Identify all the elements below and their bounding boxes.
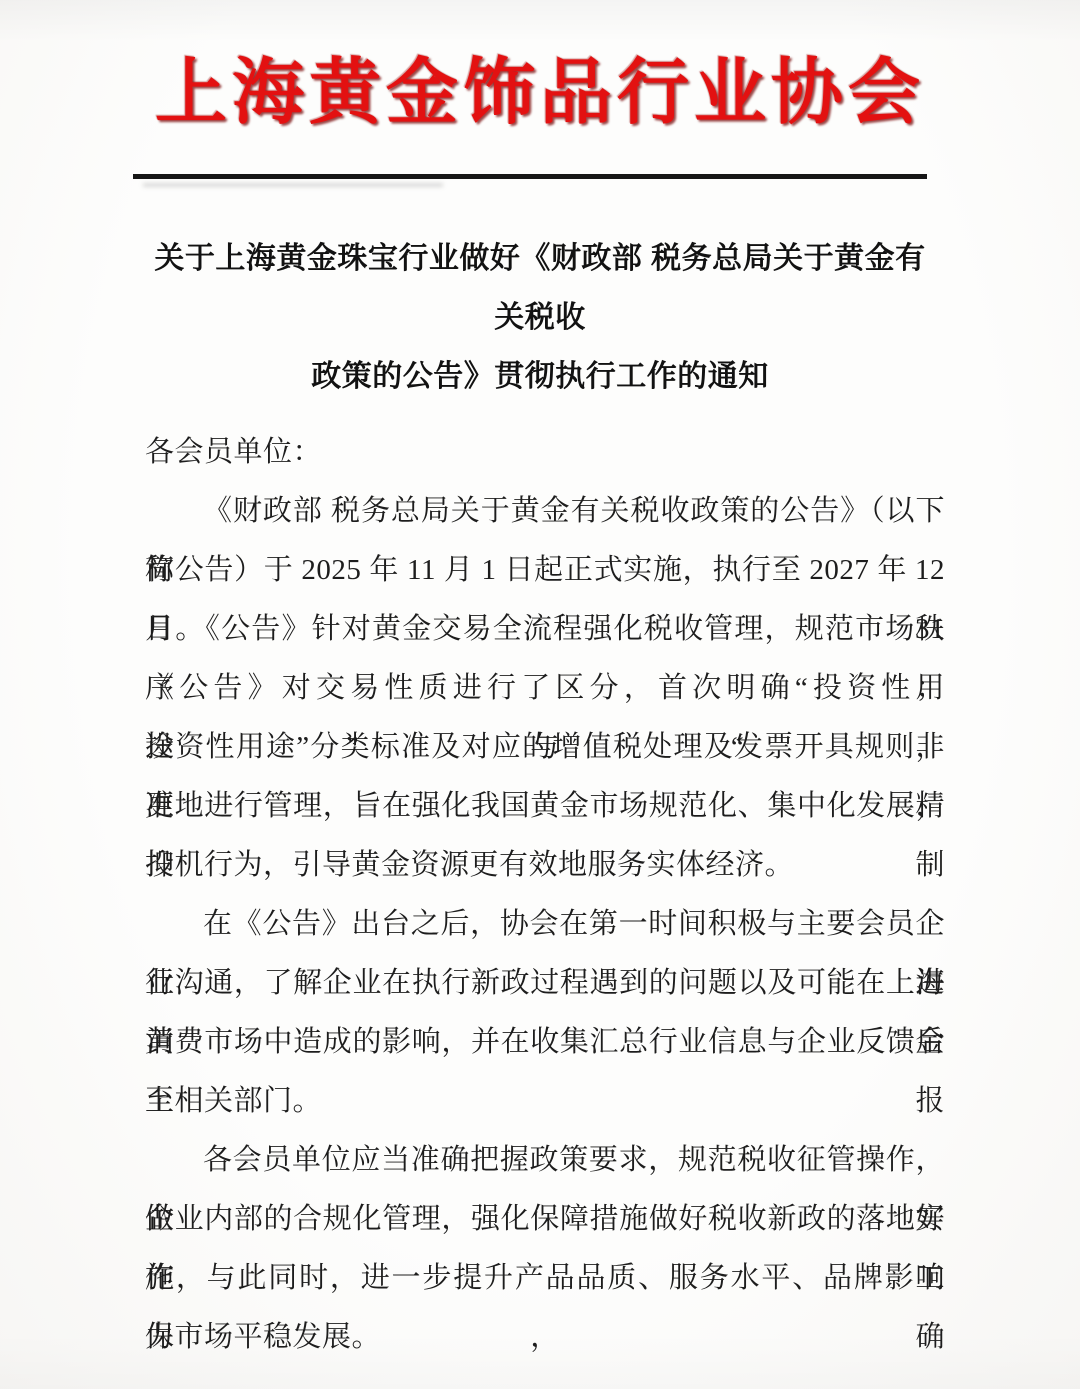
letterhead-org-name: 上海黄金饰品行业协会: [0, 48, 1080, 138]
paragraph-1-line-3: 日。《公告》针对黄金交易全流程强化税收管理，规范市场秩序；: [145, 600, 945, 659]
paragraph-1-line-5: 投资性用途”分类标准及对应的增值税处理及发票开具规则，更精: [145, 718, 945, 777]
document-body: 各会员单位： 《财政部 税务总局关于黄金有关税收政策的公告》（以下简 称公告）于…: [145, 423, 945, 1367]
paragraph-3-line-2: 企业内部的合规化管理，强化保障措施做好税收新政的落地实施工: [145, 1190, 945, 1249]
salutation: 各会员单位：: [145, 423, 945, 482]
document-title-line-2: 政策的公告》贯彻执行工作的通知: [140, 347, 940, 406]
paragraph-1-line-4: 《公告》对交易性质进行了区分，首次明确“投资性用途”与“非: [145, 659, 945, 718]
paragraph-2-line-3: 消费市场中造成的影响，并在收集汇总行业信息与企业反馈后上报: [145, 1013, 945, 1072]
paragraph-2-line-1: 在《公告》出台之后，协会在第一时间积极与主要会员企业进: [145, 895, 945, 954]
document-title-line-1: 关于上海黄金珠宝行业做好《财政部 税务总局关于黄金有关税收: [140, 229, 940, 347]
paragraph-1-line-1: 《财政部 税务总局关于黄金有关税收政策的公告》（以下简: [145, 482, 945, 541]
paragraph-1-line-6: 准地进行管理，旨在强化我国黄金市场规范化、集中化发展，抑制: [145, 777, 945, 836]
paragraph-2-line-2: 行沟通，了解企业在执行新政过程遇到的问题以及可能在上海黄金: [145, 954, 945, 1013]
paragraph-3-line-1: 各会员单位应当准确把握政策要求，规范税收征管操作，做好: [145, 1131, 945, 1190]
paragraph-1-line-2: 称公告）于 2025 年 11 月 1 日起正式实施，执行至 2027 年 12…: [145, 541, 945, 600]
document-title: 关于上海黄金珠宝行业做好《财政部 税务总局关于黄金有关税收 政策的公告》贯彻执行…: [140, 229, 940, 406]
paragraph-3-line-3: 作，与此同时，进一步提升产品品质、服务水平、品牌影响力，确: [145, 1249, 945, 1308]
document-page: 上海黄金饰品行业协会 关于上海黄金珠宝行业做好《财政部 税务总局关于黄金有关税收…: [0, 0, 1080, 1389]
letterhead-divider: [133, 174, 927, 179]
